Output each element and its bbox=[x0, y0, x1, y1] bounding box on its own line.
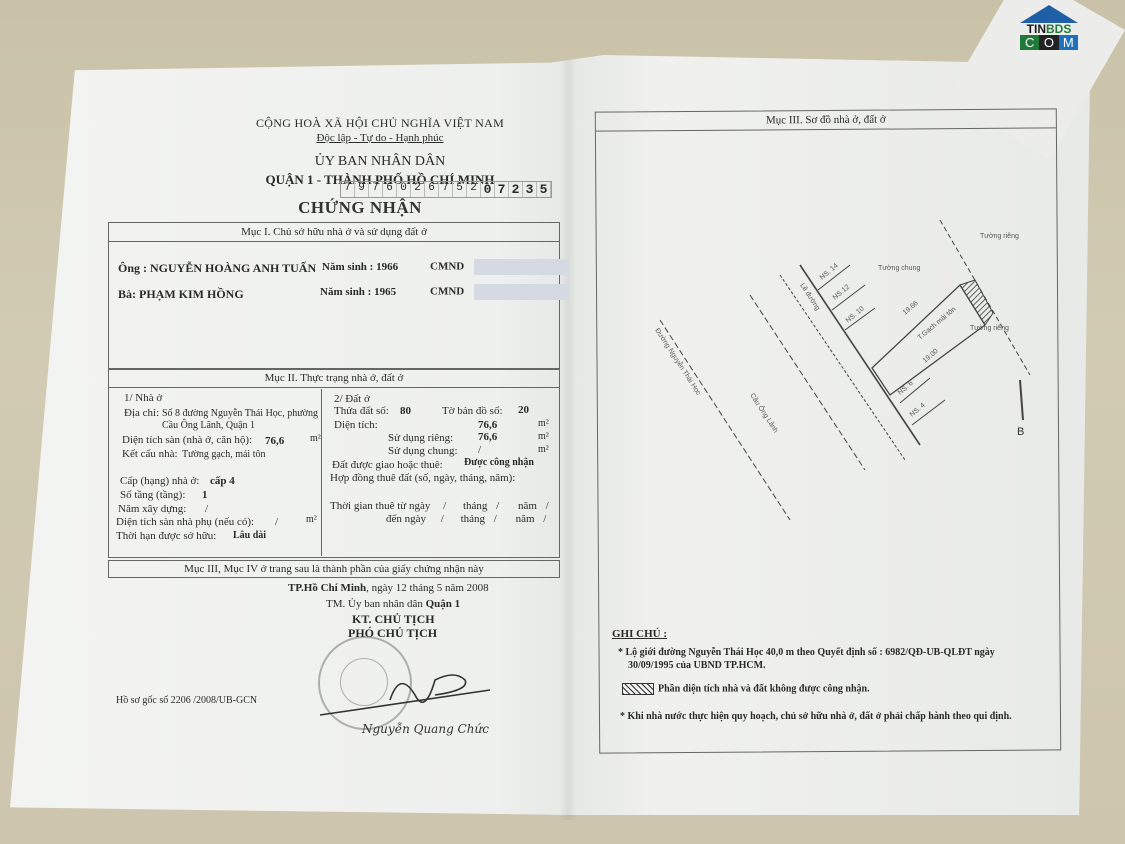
note-3: * Khi nhà nước thực hiện quy hoạch, chủ … bbox=[620, 711, 1012, 722]
shared-use-value: / bbox=[478, 444, 481, 456]
term-label: Thời hạn được sở hữu: bbox=[116, 530, 216, 542]
note-2: Phần diện tích nhà và đất không được côn… bbox=[622, 683, 870, 695]
grade-label: Cấp (hạng) nhà ở: bbox=[120, 475, 199, 487]
serial-digit: 6 bbox=[425, 182, 439, 197]
lease-to-row: đến ngày / tháng / năm / bbox=[386, 513, 546, 525]
signer-name: Nguyễn Quang Chức bbox=[362, 722, 489, 736]
on-behalf-text: TM. Ủy ban nhân dân bbox=[326, 598, 423, 610]
serial-number: 797602675207235 bbox=[340, 181, 552, 198]
serial-digit: 0 bbox=[481, 182, 495, 197]
serial-digit: 5 bbox=[453, 182, 467, 197]
month-label: tháng bbox=[461, 513, 485, 525]
slash: / bbox=[443, 500, 446, 512]
note-1-line-1: * Lộ giới đường Nguyễn Thái Học 40,0 m t… bbox=[618, 647, 995, 658]
date: , ngày 12 tháng 5 năm 2008 bbox=[366, 582, 489, 594]
signature-stroke-icon bbox=[310, 650, 510, 730]
on-behalf: TM. Ủy ban nhân dân Quận 1 bbox=[326, 598, 460, 610]
diagram-label: Tường riêng bbox=[970, 325, 1009, 332]
term-value: Lâu dài bbox=[233, 530, 266, 541]
section-1-heading: Mục I. Chủ sở hữu nhà ở và sử dụng đất ở bbox=[109, 223, 559, 242]
serial-digit: 6 bbox=[383, 182, 397, 197]
site-plan-diagram: Đường Nguyễn Thái Học Cầu Ông Lãnh Lề đư… bbox=[600, 135, 1055, 615]
footer-note: Mục III, Mục IV ở trang sau là thành phầ… bbox=[108, 560, 560, 578]
serial-digit: 5 bbox=[537, 182, 551, 197]
land-title: 2/ Đất ở bbox=[334, 393, 370, 405]
redacted-id bbox=[474, 259, 569, 275]
redacted-id bbox=[474, 284, 569, 300]
floors-value: 1 bbox=[202, 489, 208, 501]
logo-letter: M bbox=[1059, 35, 1078, 50]
diagram-label: B bbox=[1017, 426, 1024, 438]
lease-to-label: đến ngày bbox=[386, 513, 426, 525]
place: TP.Hồ Chí Minh bbox=[288, 582, 366, 594]
serial-digit: 2 bbox=[509, 182, 523, 197]
serial-digit: 7 bbox=[369, 182, 383, 197]
diagram-label: Đường Nguyễn Thái Học bbox=[653, 326, 703, 397]
diagram-label: NS. 10 bbox=[845, 305, 866, 324]
unit: m² bbox=[538, 431, 549, 442]
diagram-label: NS. 6 bbox=[897, 380, 915, 397]
diagram-label: Lề đường bbox=[798, 281, 822, 312]
slash: / bbox=[494, 513, 497, 525]
logo-letter: O bbox=[1039, 35, 1058, 50]
unit: m² bbox=[310, 433, 321, 444]
allocation-value: Được công nhận bbox=[464, 457, 534, 468]
id-label: CMND bbox=[430, 261, 464, 273]
serial-digit: 2 bbox=[411, 182, 425, 197]
shared-use-label: Sử dụng chung: bbox=[388, 445, 458, 457]
year-label: năm bbox=[516, 513, 535, 525]
address-label: Địa chỉ: bbox=[124, 407, 159, 419]
serial-digit: 7 bbox=[495, 182, 509, 197]
month-label: tháng bbox=[463, 500, 487, 512]
area-value: 76,6 bbox=[478, 419, 497, 431]
unit: m² bbox=[538, 418, 549, 429]
house-title: 1/ Nhà ở bbox=[124, 392, 162, 404]
structure-label: Kết cấu nhà: bbox=[122, 448, 178, 460]
motto: Độc lập - Tự do - Hạnh phúc bbox=[180, 132, 580, 144]
floors-label: Số tầng (tầng): bbox=[120, 489, 185, 501]
unit: m² bbox=[306, 514, 317, 525]
structure-value: Tường gạch, mái tôn bbox=[182, 449, 265, 460]
slash: / bbox=[543, 513, 546, 525]
document-header: CỘNG HOÀ XÃ HỘI CHỦ NGHĨA VIỆT NAM Độc l… bbox=[180, 116, 580, 188]
allocation-label: Đất được giao hoặc thuê: bbox=[332, 459, 443, 471]
floor-area-value: 76,6 bbox=[265, 435, 284, 447]
role-1: KT. CHỦ TỊCH bbox=[352, 612, 435, 627]
house-roof-icon bbox=[1020, 5, 1078, 23]
year-label: năm bbox=[518, 500, 537, 512]
watermark-logo: TINBDS C O M bbox=[1020, 5, 1078, 50]
aux-area-value: / bbox=[275, 516, 278, 528]
area-label: Diện tích: bbox=[334, 419, 378, 431]
section-3-heading: Mục III. Sơ đồ nhà ở, đất ở bbox=[596, 109, 1056, 131]
certificate-title: CHỨNG NHẬN bbox=[250, 198, 470, 218]
diagram-label: NS. 14 bbox=[819, 262, 840, 281]
section-2-heading: Mục II. Thực trạng nhà ở, đất ở bbox=[109, 369, 559, 388]
on-behalf-district: Quận 1 bbox=[426, 598, 461, 610]
plot-value: 80 bbox=[400, 405, 411, 417]
plot-label: Thửa đất số: bbox=[334, 405, 389, 417]
serial-digit: 7 bbox=[341, 182, 355, 197]
owner-2-birth: Năm sinh : 1965 bbox=[320, 286, 396, 298]
owner-1-name: Ông : NGUYỄN HOÀNG ANH TUẤN bbox=[118, 261, 316, 276]
republic-title: CỘNG HOÀ XÃ HỘI CHỦ NGHĨA VIỆT NAM bbox=[180, 116, 580, 131]
serial-digit: 7 bbox=[439, 182, 453, 197]
logo-text-tin: TIN bbox=[1027, 22, 1046, 36]
owner-2-id: CMND bbox=[430, 284, 569, 300]
diagram-label: 19.00 bbox=[922, 348, 940, 365]
file-number: Hồ sơ gốc số 2206 /2008/UB-GCN bbox=[116, 695, 257, 706]
slash: / bbox=[441, 513, 444, 525]
floor-area-label: Diện tích sàn (nhà ở, căn hộ): bbox=[122, 434, 252, 446]
aux-area-label: Diện tích sàn nhà phụ (nếu có): bbox=[116, 516, 254, 528]
committee-title: ỦY BAN NHÂN DÂN bbox=[180, 154, 580, 170]
year-built-value: / bbox=[205, 503, 208, 515]
serial-digit: 0 bbox=[397, 182, 411, 197]
address-line1: Số 8 đường Nguyễn Thái Học, phường bbox=[162, 408, 318, 419]
place-date: TP.Hồ Chí Minh, ngày 12 tháng 5 năm 2008 bbox=[288, 582, 489, 594]
divider bbox=[321, 389, 322, 556]
diagram-label: Tường chung bbox=[878, 265, 920, 272]
owner-1-birth: Năm sinh : 1966 bbox=[322, 261, 398, 273]
diagram-label: 19.66 bbox=[902, 300, 920, 317]
owner-2-name: Bà: PHẠM KIM HỒNG bbox=[118, 287, 244, 302]
serial-digit: 2 bbox=[467, 182, 481, 197]
id-label: CMND bbox=[430, 286, 464, 298]
serial-digit: 9 bbox=[355, 182, 369, 197]
map-label: Tờ bản đồ số: bbox=[442, 405, 503, 417]
unit: m² bbox=[538, 444, 549, 455]
diagram-label: Cầu Ông Lãnh bbox=[748, 391, 780, 434]
slash: / bbox=[546, 500, 549, 512]
diagram-label: NS.12 bbox=[832, 284, 851, 302]
private-use-label: Sử dụng riêng: bbox=[388, 432, 453, 444]
address-line2: Cầu Ông Lãnh, Quận 1 bbox=[162, 420, 255, 431]
note-1-line-2: 30/09/1995 của UBND TP.HCM. bbox=[628, 660, 766, 671]
slash: / bbox=[496, 500, 499, 512]
serial-digit: 3 bbox=[523, 182, 537, 197]
diagram-label: T.Gạch mái tôn bbox=[917, 306, 958, 342]
hatch-legend-icon bbox=[622, 683, 654, 695]
lease-contract-label: Hợp đồng thuê đất (số, ngày, tháng, năm)… bbox=[330, 472, 515, 484]
grade-value: cấp 4 bbox=[210, 475, 235, 487]
year-built-label: Năm xây dựng: bbox=[118, 503, 186, 515]
note-2-text: Phần diện tích nhà và đất không được côn… bbox=[658, 683, 870, 694]
diagram-label: Tường riêng bbox=[980, 233, 1019, 240]
logo-text-bds: BDS bbox=[1046, 22, 1071, 36]
notes-title: GHI CHÚ : bbox=[612, 628, 667, 640]
private-use-value: 76,6 bbox=[478, 431, 497, 443]
map-value: 20 bbox=[518, 404, 529, 416]
lease-from-row: Thời gian thuê từ ngày / tháng / năm / bbox=[330, 500, 549, 512]
lease-from-label: Thời gian thuê từ ngày bbox=[330, 500, 430, 512]
logo-letter: C bbox=[1020, 35, 1039, 50]
owner-1-id: CMND bbox=[430, 259, 569, 275]
